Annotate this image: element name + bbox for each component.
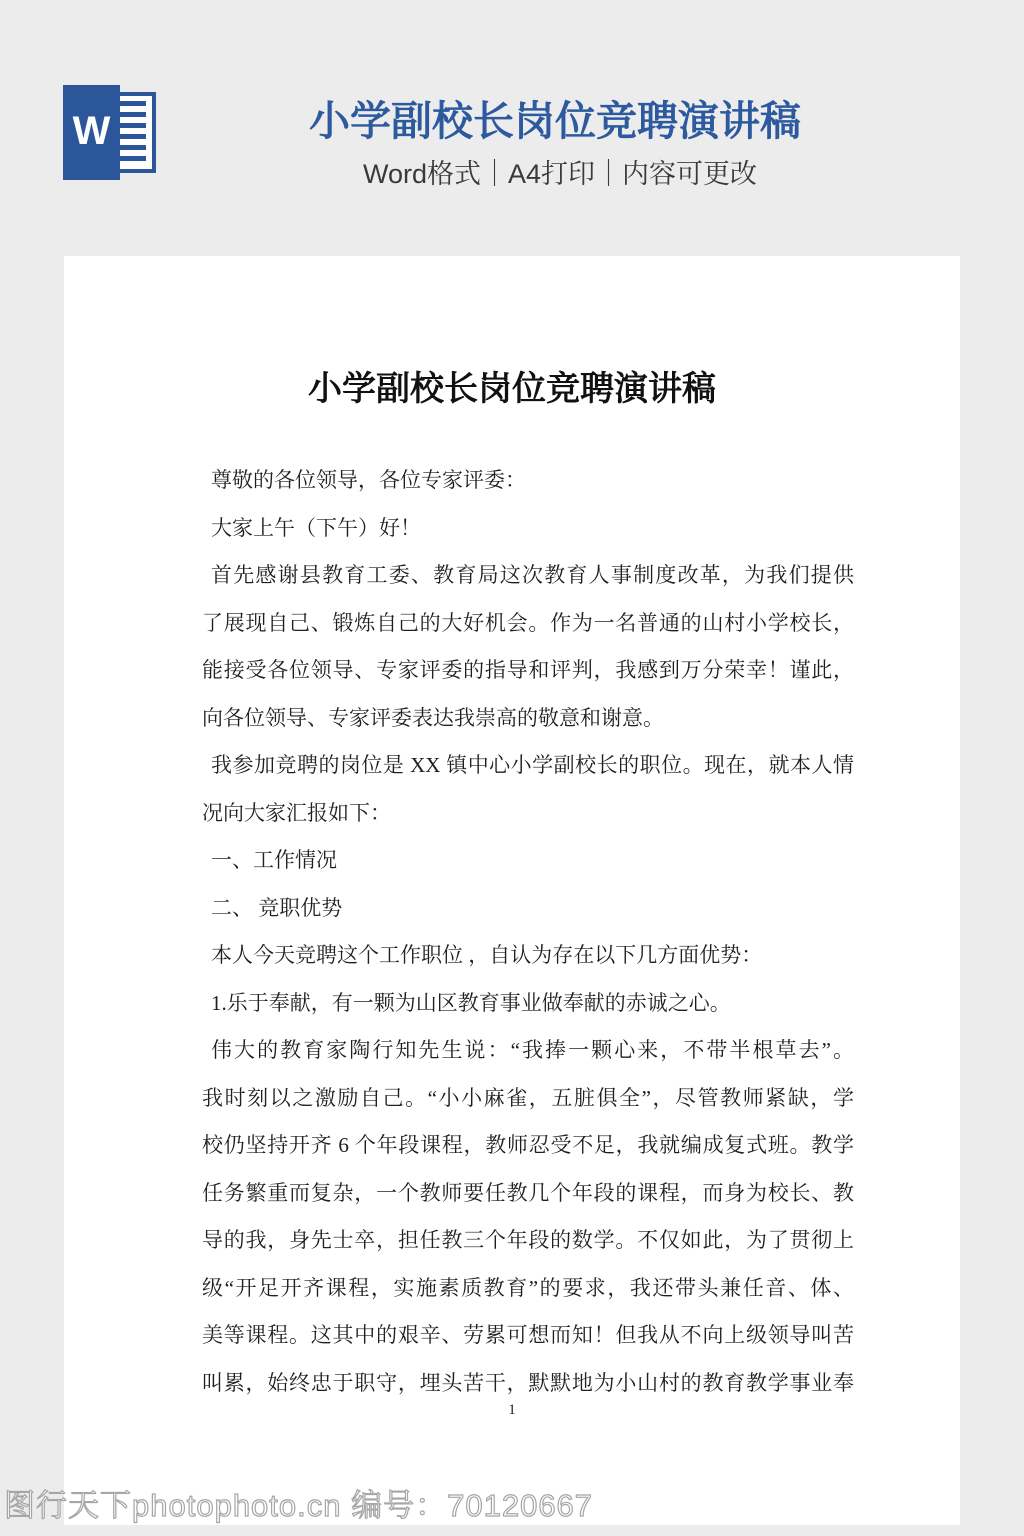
- doc-line: 大家上午（下午）好！: [202, 505, 854, 553]
- doc-line: 我时刻以之激励自己。“小小麻雀，五脏俱全”，尽管教师紧缺，学: [202, 1075, 854, 1123]
- doc-line: 任务繁重而复杂，一个教师要任教几个年段的课程，而身为校长、教: [202, 1170, 854, 1218]
- doc-line: 1.乐于奉献，有一颗为山区教育事业做奉献的赤诚之心。: [202, 980, 854, 1028]
- doc-line: 我参加竞聘的岗位是 XX 镇中心小学副校长的职位。现在，就本人情: [202, 742, 854, 790]
- template-subtitle: Word格式｜A4打印｜内容可更改: [96, 152, 1024, 191]
- doc-line: 级“开足开齐课程，实施素质教育”的要求，我还带头兼任音、体、: [202, 1265, 854, 1313]
- doc-line: 二、 竞职优势: [202, 885, 854, 933]
- doc-line: 一、工作情况: [202, 837, 854, 885]
- template-title: 小学副校长岗位竞聘演讲稿: [86, 88, 1024, 147]
- page-number: 1: [64, 1398, 960, 1422]
- doc-line: 了展现自己、锻炼自己的大好机会。作为一名普通的山村小学校长，: [202, 600, 854, 648]
- doc-line: 能接受各位领导、专家评委的指导和评判，我感到万分荣幸！谨此，: [202, 647, 854, 695]
- doc-line: 导的我，身先士卒，担任教三个年段的数学。不仅如此，为了贯彻上: [202, 1217, 854, 1265]
- document-body: 尊敬的各位领导，各位专家评委：大家上午（下午）好！首先感谢县教育工委、教育局这次…: [202, 457, 854, 1407]
- doc-line: 尊敬的各位领导，各位专家评委：: [202, 457, 854, 505]
- document-page: 小学副校长岗位竞聘演讲稿 尊敬的各位领导，各位专家评委：大家上午（下午）好！首先…: [64, 256, 960, 1525]
- doc-line: 向各位领导、专家评委表达我崇高的敬意和谢意。: [202, 695, 854, 743]
- site-watermark: 图行天下photophoto.cn 编号：70120667: [4, 1480, 593, 1525]
- doc-line: 本人今天竞聘这个工作职位 ，自认为存在以下几方面优势：: [202, 932, 854, 980]
- doc-line: 伟大的教育家陶行知先生说：“我捧一颗心来，不带半根草去”。: [202, 1027, 854, 1075]
- doc-line: 首先感谢县教育工委、教育局这次教育人事制度改革，为我们提供: [202, 552, 854, 600]
- doc-line: 校仍坚持开齐 6 个年段课程，教师忍受不足，我就编成复式班。教学: [202, 1122, 854, 1170]
- doc-line: 况向大家汇报如下：: [202, 790, 854, 838]
- document-title: 小学副校长岗位竞聘演讲稿: [64, 366, 960, 414]
- doc-line: 美等课程。这其中的艰辛、劳累可想而知！但我从不向上级领导叫苦: [202, 1312, 854, 1360]
